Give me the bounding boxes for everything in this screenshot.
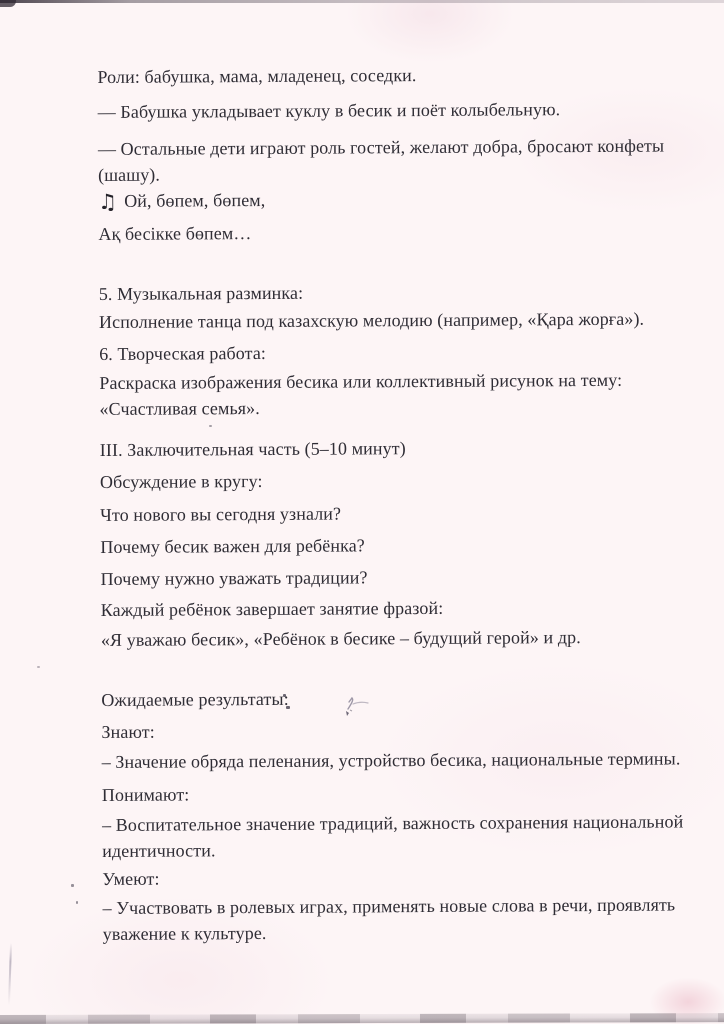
paragraph-closing-phrase: Каждый ребёнок завершает занятие фразой: bbox=[101, 593, 689, 623]
paragraph-can-do-items: – Участвовать в ролевых играх, применять… bbox=[102, 891, 690, 947]
pencil-streak-artifact bbox=[8, 943, 12, 1005]
heading-expected-results: Ожидаемые результаты: bbox=[101, 683, 689, 713]
heading-creative-work: 6. Творческая работа: bbox=[99, 337, 687, 367]
music-note-icon: ♫ bbox=[98, 190, 117, 214]
question-why-traditions: Почему нужно уважать традиции? bbox=[100, 562, 688, 592]
song-text: Ой, бөпем, бөпем, bbox=[124, 190, 265, 211]
paragraph-coloring: Раскраска изображения бесика или коллект… bbox=[99, 366, 687, 422]
ink-speck bbox=[209, 425, 212, 427]
ink-speck bbox=[76, 901, 78, 904]
heading-musical-warmup: 5. Музыкальная разминка: bbox=[99, 277, 687, 307]
scan-corner-smudge bbox=[0, 0, 16, 7]
paragraph-dance: Исполнение танца под казахскую мелодию (… bbox=[99, 305, 687, 335]
scan-top-edge-artifact bbox=[0, 0, 724, 3]
paragraph-circle-talk: Обсуждение в кругу: bbox=[100, 465, 688, 495]
paragraph-roles: Роли: бабушка, мама, младенец, соседки. bbox=[97, 60, 685, 90]
ink-speck bbox=[71, 884, 74, 887]
ink-speck bbox=[37, 666, 40, 668]
heading-know: Знают: bbox=[101, 715, 689, 745]
paragraph-understand-items: – Воспитательное значение традиций, важн… bbox=[102, 808, 690, 864]
paragraph-song-line-1: ♫Ой, бөпем, бөпем, bbox=[98, 184, 686, 214]
paragraph-grandma: — Бабушка укладывает куклу в бесик и поё… bbox=[98, 95, 686, 125]
question-what-new: Что нового вы сегодня узнали? bbox=[100, 498, 688, 528]
heading-final-part: III. Заключительная часть (5–10 минут) bbox=[100, 433, 688, 463]
paragraph-song-line-2: Ақ бесікке бөпем… bbox=[98, 217, 686, 247]
heading-understand: Понимают: bbox=[102, 778, 690, 808]
scan-bottom-edge-artifact bbox=[0, 1013, 724, 1024]
scanned-document-page: { "page": { "paper_color": "#fdf5f6", "t… bbox=[0, 0, 724, 1024]
paragraph-know-items: – Значение обряда пеленания, устройство … bbox=[102, 745, 690, 775]
question-why-besik: Почему бесик важен для ребёнка? bbox=[100, 530, 688, 560]
paragraph-phrase-examples: «Я уважаю бесик», «Ребёнок в бесике – бу… bbox=[101, 623, 689, 653]
paragraph-other-children: — Остальные дети играют роль гостей, жел… bbox=[98, 132, 686, 188]
heading-can-do: Умеют: bbox=[102, 862, 690, 892]
